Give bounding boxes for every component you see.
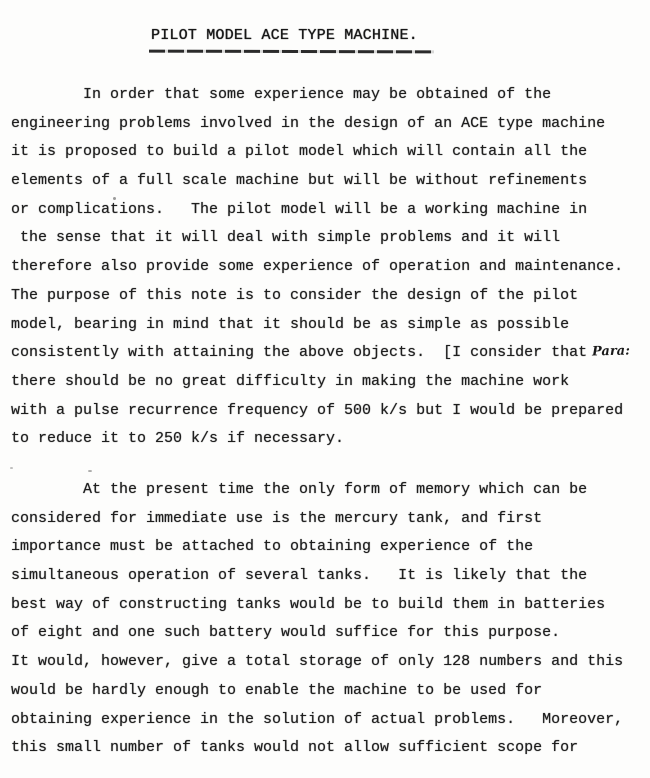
scan-speck xyxy=(10,467,13,469)
paragraph-1: In order that some experience may be obt… xyxy=(11,81,646,454)
text-line: would be hardly enough to enable the mac… xyxy=(11,677,646,706)
text-line: elements of a full scale machine but wil… xyxy=(11,167,646,196)
text-line: the sense that it will deal with simple … xyxy=(11,224,646,253)
text-line: obtaining experience in the solution of … xyxy=(11,706,646,735)
text-line: simultaneous operation of several tanks.… xyxy=(11,562,646,591)
text-line: At the present time the only form of mem… xyxy=(11,476,646,505)
document-title: PILOT MODEL ACE TYPE MACHINE. xyxy=(151,27,434,44)
text-line: It would, however, give a total storage … xyxy=(11,648,646,677)
text-line: In order that some experience may be obt… xyxy=(11,81,646,110)
handwritten-margin-note: Para: xyxy=(592,344,630,360)
text-line: there should be no great difficulty in m… xyxy=(11,368,646,397)
text-line: of eight and one such battery would suff… xyxy=(11,619,646,648)
text-line: to reduce it to 250 k/s if necessary. xyxy=(11,425,646,454)
scan-speck xyxy=(113,197,116,200)
text-line: model, bearing in mind that it should be… xyxy=(11,311,646,340)
text-line: importance must be attached to obtaining… xyxy=(11,533,646,562)
title-block: PILOT MODEL ACE TYPE MACHINE. xyxy=(151,27,434,53)
text-line: or complications. The pilot model will b… xyxy=(11,196,646,225)
document-page: PILOT MODEL ACE TYPE MACHINE. In order t… xyxy=(0,0,650,778)
title-underline xyxy=(149,50,434,54)
text-line: engineering problems involved in the des… xyxy=(11,110,646,139)
text-line: The purpose of this note is to consider … xyxy=(11,282,646,311)
text-line: therefore also provide some experience o… xyxy=(11,253,646,282)
text-line: consistently with attaining the above ob… xyxy=(11,339,646,368)
paragraph-2: At the present time the only form of mem… xyxy=(11,476,646,763)
text-line: it is proposed to build a pilot model wh… xyxy=(11,138,646,167)
text-line: with a pulse recurrence frequency of 500… xyxy=(11,397,646,426)
text-line: this small number of tanks would not all… xyxy=(11,734,646,763)
scan-speck xyxy=(88,470,92,472)
text-line: best way of constructing tanks would be … xyxy=(11,591,646,620)
text-line: considered for immediate use is the merc… xyxy=(11,505,646,534)
